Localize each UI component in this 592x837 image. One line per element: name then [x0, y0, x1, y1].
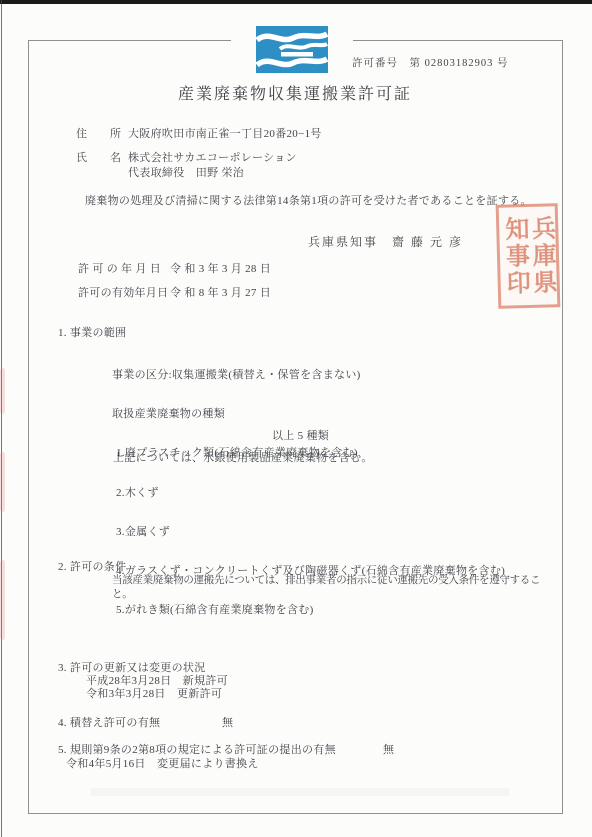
permit-number: 許可番号 第 02803182903 号	[352, 57, 509, 70]
scan-artifact	[0, 368, 5, 414]
name-label: 氏 名	[76, 152, 127, 165]
submission-value: 無	[383, 744, 394, 757]
section-scope-heading: 1. 事業の範囲	[58, 327, 126, 340]
document-title: 産業廃棄物収集運搬業許可証	[28, 88, 562, 101]
valid-date-label: 許可の有効年月日	[78, 287, 168, 300]
address-value: 大阪府吹田市南正雀一丁目20番20−1号	[128, 128, 322, 141]
scan-artifact	[0, 560, 5, 640]
conditions-body: 当該産業廃棄物の運搬先については、排出事業者の指示に従い運搬先の受入条件を遵守す…	[112, 574, 548, 601]
permit-date-value: 令 和 3 年 3 月 28 日	[170, 263, 271, 276]
renewal-history-line: 平成28年3月28日 新規許可	[86, 675, 228, 688]
scope-type-item: 5.がれき類(石綿含有産業廃棄物を含む)	[116, 604, 505, 617]
scope-type-item: 3.金属くず	[116, 526, 505, 539]
governor-seal: 兵庫県 知事印	[496, 203, 561, 309]
section-renewal-heading: 3. 許可の更新又は変更の状況	[58, 662, 206, 675]
submission-note: 令和4年5月16日 変更届により書換え	[66, 758, 259, 771]
issuer-line: 兵庫県知事 齋 藤 元 彦	[308, 236, 463, 249]
seal-text-right: 兵庫県	[528, 215, 554, 297]
scope-category: 事業の区分:収集運搬業(積替え・保管を含まない)	[112, 369, 505, 382]
transfer-value: 無	[222, 717, 233, 730]
scan-edge-top	[0, 0, 592, 4]
seal-text-left: 知事印	[502, 216, 528, 298]
scope-type-item: 2.木くず	[116, 487, 505, 500]
scope-types-heading: 取扱産業廃棄物の種類	[112, 408, 505, 421]
address-label: 住 所	[76, 128, 127, 141]
permit-date-label: 許 可 の 年 月 日	[78, 263, 161, 276]
valid-date-value: 令 和 8 年 3 月 27 日	[170, 287, 271, 300]
section-transfer-heading: 4. 積替え許可の有無	[58, 717, 160, 730]
company-name: 株式会社サカエコーポレーション	[128, 152, 297, 165]
scan-edge-left	[1, 0, 2, 837]
section-submission-heading: 5. 規則第9条の2第8項の規定による許可証の提出の有無	[58, 744, 336, 757]
section-conditions-heading: 2. 許可の条件	[58, 561, 126, 574]
representative-name: 代表取締役 田野 栄治	[128, 167, 244, 180]
scan-artifact	[0, 452, 5, 512]
hyogo-wave-logo	[256, 26, 328, 73]
permit-document-page: 許可番号 第 02803182903 号 産業廃棄物収集運搬業許可証 住 所 大…	[0, 0, 592, 837]
certification-statement: 廃棄物の処理及び清掃に関する法律第14条第1項の許可を受けた者であることを証する…	[85, 195, 532, 208]
scope-total: 以上 5 種類	[272, 430, 329, 443]
scope-note: 上記については、水銀使用製品産業廃棄物を含む。	[113, 452, 373, 465]
renewal-history-line: 令和3年3月28日 更新許可	[86, 688, 222, 701]
logo-container	[231, 23, 353, 75]
scan-smudge	[90, 788, 510, 796]
